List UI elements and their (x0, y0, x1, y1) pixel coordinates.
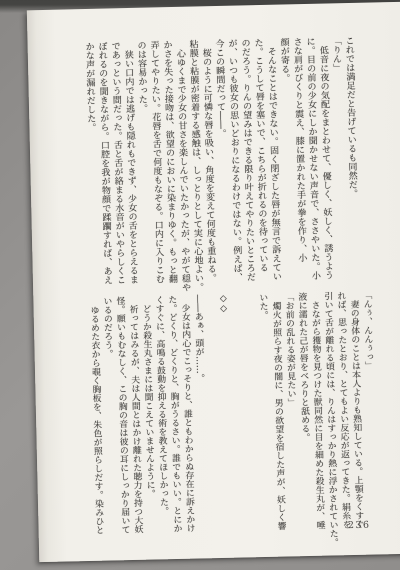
upper-text-block: これでは満足だと告げているも同然だ。「りん」 低音に夜の気配をまとわせて、優しく… (82, 36, 361, 296)
page-number: 236 (348, 520, 371, 532)
book-page: これでは満足だと告げているも同然だ。「りん」 低音に夜の気配をまとわせて、優しく… (27, 2, 400, 562)
lower-text-block: 「んぅ、んんぅっ」 妻の身体のことは本人よりも熟知している。上顎をくすぐれば、思… (86, 291, 378, 555)
